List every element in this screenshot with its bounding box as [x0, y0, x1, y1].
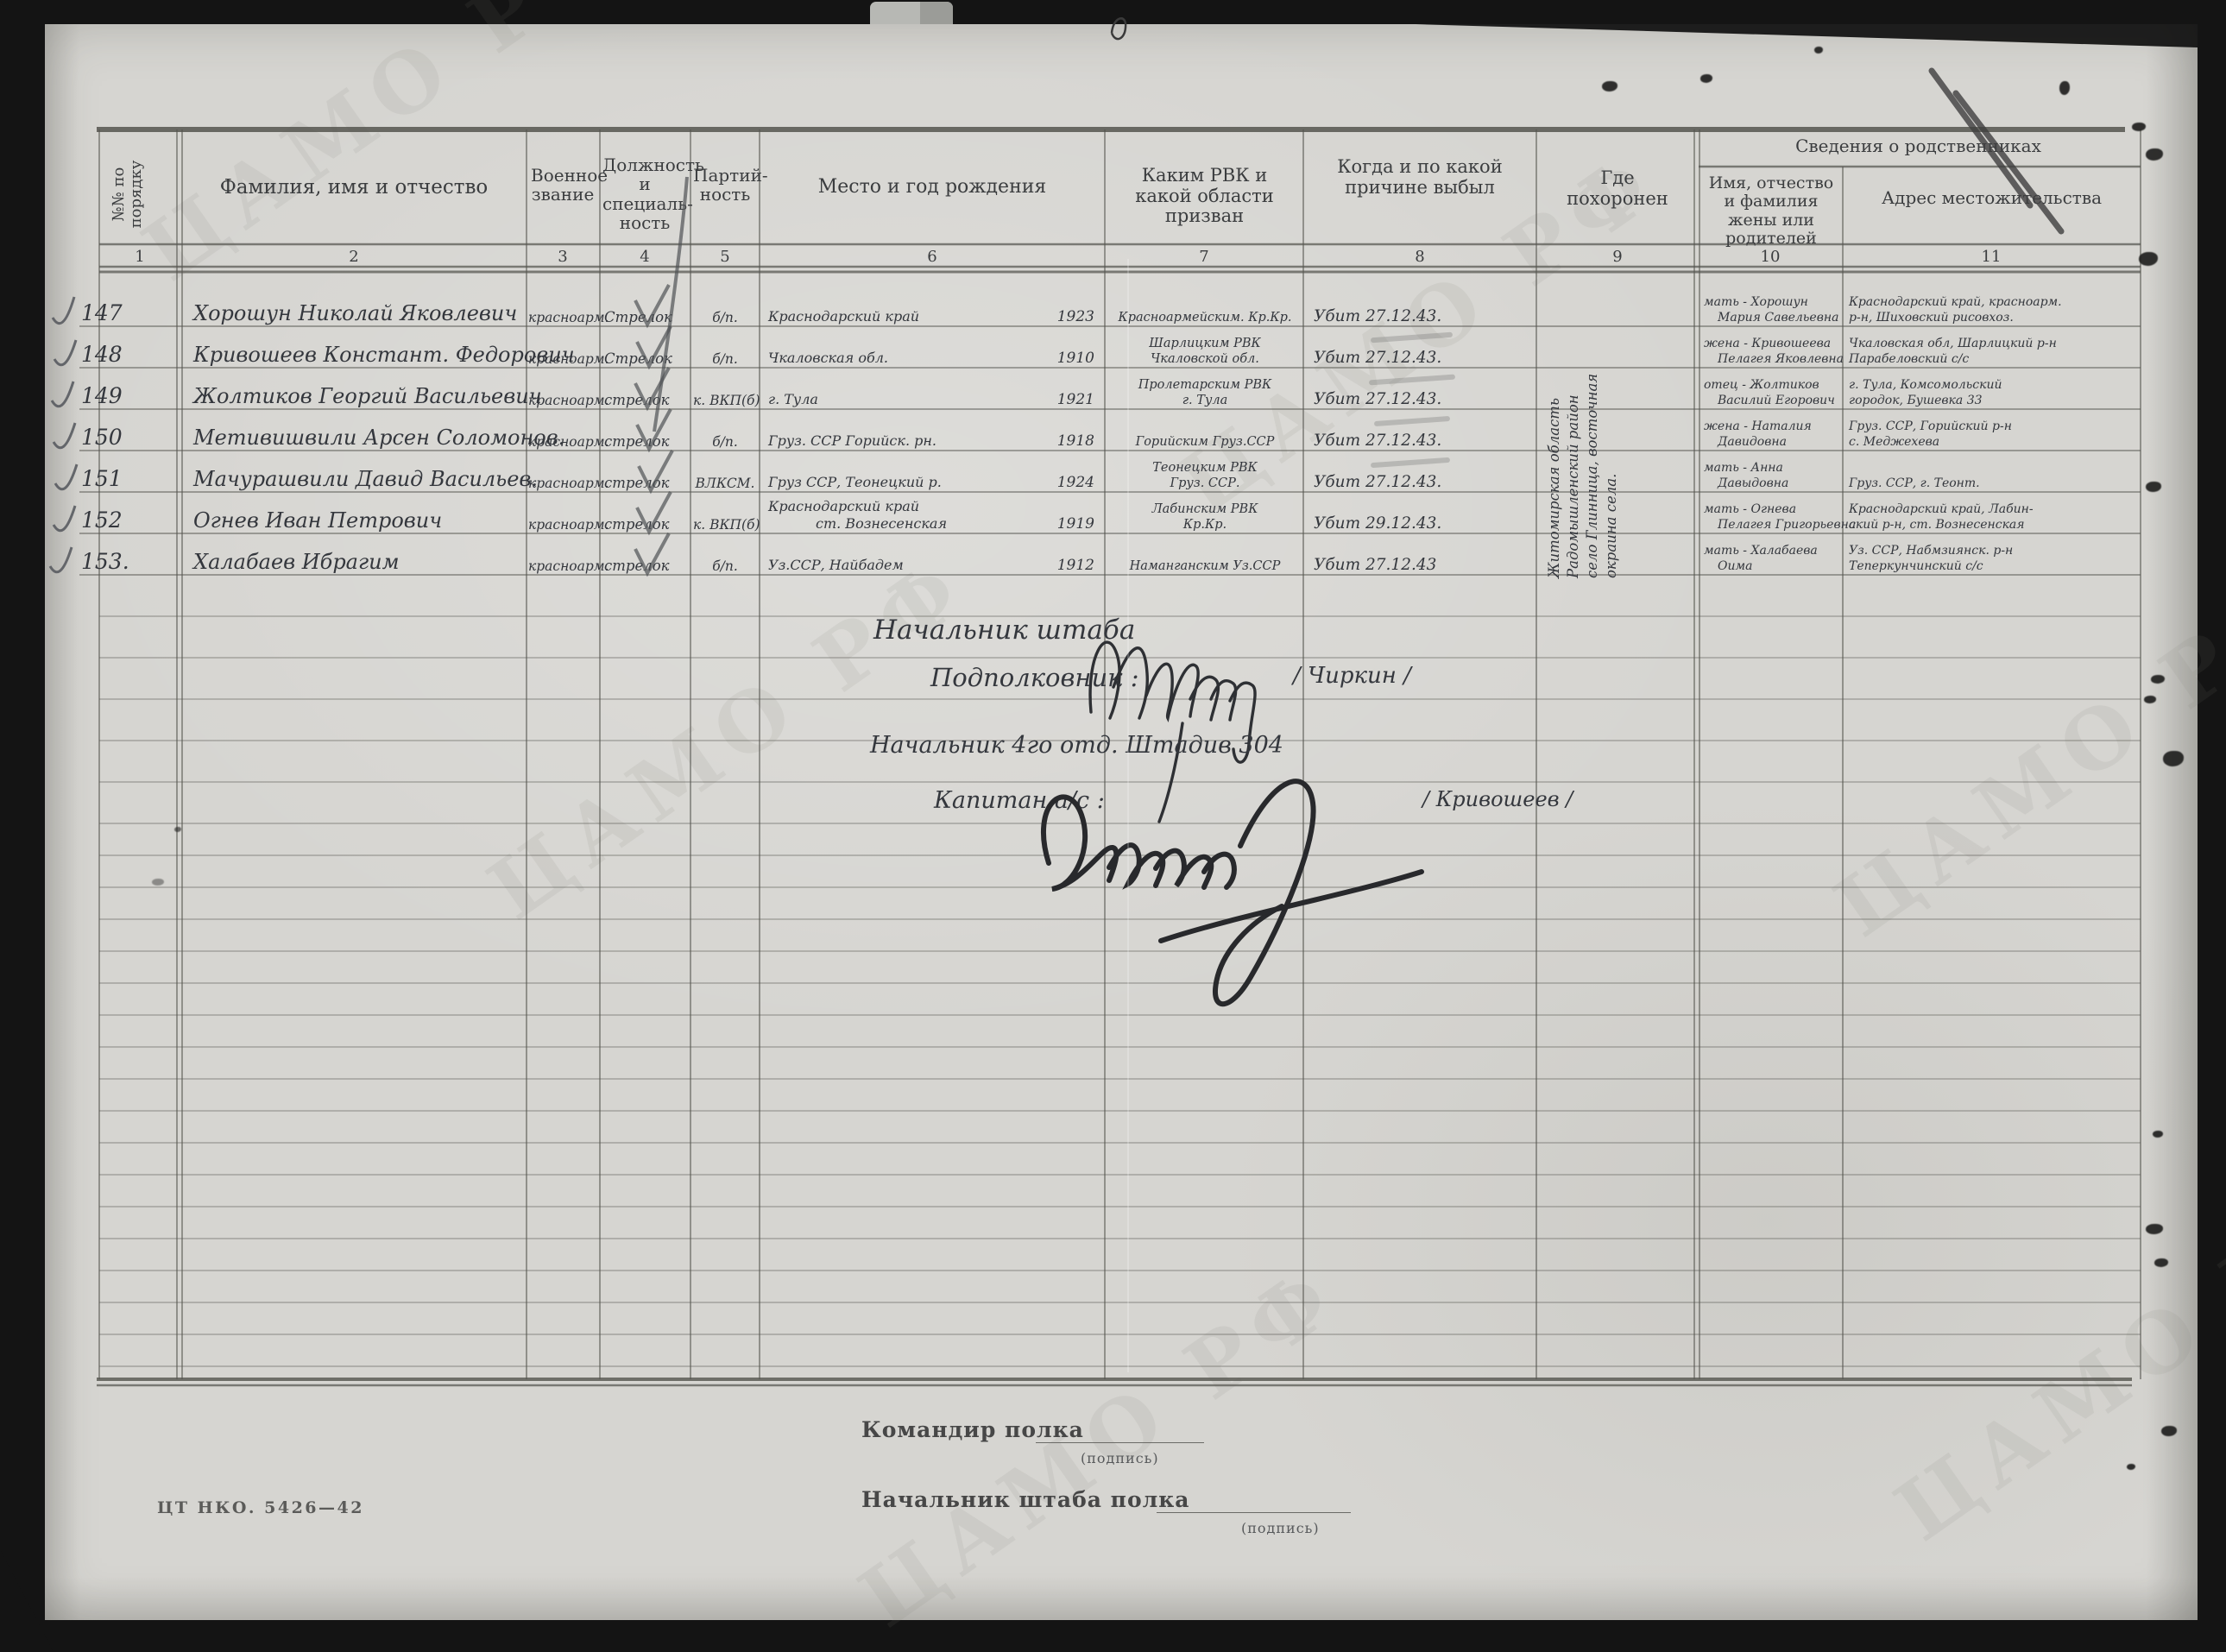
relative-address: Чкаловская обл, Шарлицкий р-нПарабеловск… — [1849, 336, 2137, 367]
party-status: к. ВКП(б) — [693, 517, 757, 533]
casualty-row: 148 Кривошеев Констант. Федорович красно… — [0, 326, 2226, 368]
casualty-date: Убит 27.12.43 — [1314, 556, 1508, 574]
casualty-row: 153. Халабаев Ибрагим красноарм. стрелок… — [0, 533, 2226, 575]
col-num: 7 — [1187, 249, 1221, 266]
col-num: 10 — [1753, 249, 1788, 266]
staff-chief-label: Начальник штаба полка — [861, 1487, 1190, 1512]
military-rank: красноарм. — [528, 517, 597, 533]
relative-name: жена - КривошееваПелагея Яковлевна — [1704, 336, 1840, 367]
military-rank: красноарм. — [528, 310, 597, 325]
duty-position: стрелок — [604, 392, 685, 408]
birth-place: Уз.ССР, Найбадем — [768, 557, 1036, 574]
party-status: ВЛКСМ. — [693, 476, 757, 491]
relatives-group-header: Сведения о родственниках — [1713, 136, 2123, 155]
col-num: 2 — [337, 249, 371, 266]
duty-position: стрелок — [604, 475, 685, 491]
birth-year: 1919 — [1041, 515, 1094, 533]
col-header-number: №№ по порядку — [110, 142, 166, 246]
col-num: 5 — [708, 249, 742, 266]
casualty-date: Убит 29.12.43. — [1314, 514, 1508, 533]
recruitment-office: Красноармейским. Кр.Кр. — [1112, 310, 1298, 325]
col-num: 6 — [915, 249, 949, 266]
casualty-date: Убит 27.12.43. — [1314, 432, 1508, 450]
party-status: к. ВКП(б) — [693, 393, 757, 408]
military-rank: красноарм. — [528, 476, 597, 491]
soldier-name: Хорошун Николай Яковлевич — [193, 301, 537, 325]
soldier-name: Метивишвили Арсен Соломонов. — [193, 426, 537, 450]
signature-line — [1157, 1512, 1351, 1513]
duty-position: стрелок — [604, 433, 685, 450]
duty-position: Стрелок — [604, 309, 685, 325]
party-status: б/п. — [693, 310, 757, 325]
col-num: 4 — [627, 249, 662, 266]
krivosheev-signature-caption: / Кривошеев / — [1422, 787, 1573, 811]
relative-address: Груз. ССР, г. Теонт. — [1849, 476, 2137, 491]
recruitment-office: Шарлицким РВКЧкаловской обл. — [1112, 336, 1298, 367]
casualty-date: Убит 27.12.43. — [1314, 473, 1508, 491]
relative-name: мать - АннаДавыдовна — [1704, 460, 1840, 491]
military-rank: красноарм. — [528, 434, 597, 450]
col-header-position: Должность и специаль- ность — [602, 155, 687, 233]
relative-address: г. Тула, Комсомольскийгородок, Бушевка 3… — [1849, 377, 2137, 408]
col-header-rvk: Каким РВК и какой области призван — [1112, 166, 1297, 227]
burial-location-note: Житомирская область Радомышленский район… — [1545, 281, 1699, 578]
recruitment-office: Пролетарским РВКг. Тула — [1112, 377, 1298, 408]
casualty-row: 149 Жолтиков Георгий Васильевич красноар… — [0, 368, 2226, 409]
scanned-document: ЦАМО РФ ЦАМО РФ ЦАМО РФ ЦАМО РФ ЦАМО РФ … — [0, 0, 2226, 1652]
casualty-date: Убит 27.12.43. — [1314, 349, 1508, 367]
col-num: 11 — [1974, 249, 2008, 266]
duty-position: Стрелок — [604, 350, 685, 367]
soldier-name: Мачурашвили Давид Васильев. — [193, 467, 537, 491]
signature-caption: (подпись) — [1241, 1520, 1320, 1536]
col-header-fate: Когда и по какой причине выбыл — [1334, 157, 1506, 198]
casualty-row: 152 Огнев Иван Петрович красноарм. стрел… — [0, 492, 2226, 533]
relative-name: мать - ОгневаПелагея Григорьевна — [1704, 501, 1840, 533]
birth-place: Чкаловская обл. — [768, 350, 1036, 367]
form-number: ЦТ НКО. 5426—42 — [157, 1498, 364, 1517]
duty-position: стрелок — [604, 558, 685, 574]
birth-place: Груз. ССР Горийск. рн. — [768, 432, 1036, 450]
relative-name: жена - НаталияДавидовна — [1704, 419, 1840, 450]
row-number: 149 — [81, 383, 136, 408]
soldier-name: Огнев Иван Петрович — [193, 508, 537, 533]
col-header-name: Фамилия, имя и отчество — [199, 177, 509, 199]
relative-name: мать - ХалабаеваОима — [1704, 543, 1840, 574]
soldier-name: Кривошеев Констант. Федорович — [193, 343, 537, 367]
casualty-row: 147 Хорошун Николай Яковлевич красноарм.… — [0, 285, 2226, 326]
birth-year: 1912 — [1041, 557, 1094, 574]
col-num: 3 — [545, 249, 580, 266]
recruitment-office: Лабинским РВККр.Кр. — [1112, 501, 1298, 533]
row-number: 148 — [81, 342, 136, 367]
soldier-name: Жолтиков Георгий Васильевич — [193, 384, 537, 408]
military-rank: красноарм. — [528, 351, 597, 367]
soldier-name: Халабаев Ибрагим — [193, 550, 537, 574]
relative-name: мать - ХорошунМария Савельевна — [1704, 294, 1840, 325]
col-num: 1 — [123, 249, 157, 266]
birth-place: Груз ССР, Теонецкий р. — [768, 474, 1036, 491]
row-number: 151 — [81, 466, 136, 491]
chirkin-signature-caption: / Чиркин / — [1293, 663, 1411, 689]
regiment-commander-label: Командир полка — [861, 1417, 1084, 1442]
military-rank: красноарм. — [528, 558, 597, 574]
row-number: 150 — [81, 425, 136, 450]
relative-address: Краснодарский край, красноарм.р-н, Шихов… — [1849, 294, 2137, 325]
signature-caption: (подпись) — [1081, 1450, 1159, 1466]
birth-place: Краснодарский крайст. Вознесенская — [768, 498, 1036, 533]
relative-address: Груз. ССР, Горийский р-нс. Меджехева — [1849, 419, 2137, 450]
relative-name: отец - ЖолтиковВасилий Егорович — [1704, 377, 1840, 408]
military-rank: красноарм. — [528, 393, 597, 408]
signature-line — [1036, 1442, 1204, 1443]
recruitment-office: Наманганским Уз.ССР — [1112, 558, 1298, 574]
casualty-row: 150 Метивишвили Арсен Соломонов. красноа… — [0, 409, 2226, 451]
casualty-row: 151 Мачурашвили Давид Васильев. красноар… — [0, 451, 2226, 492]
col-num: 8 — [1403, 249, 1437, 266]
party-status: б/п. — [693, 351, 757, 367]
col-num: 9 — [1600, 249, 1635, 266]
col-header-burial: Где похоронен — [1554, 168, 1681, 209]
duty-position: стрелок — [604, 516, 685, 533]
birth-year: 1918 — [1041, 432, 1094, 450]
paper-crease — [1127, 259, 1129, 1372]
birth-year: 1921 — [1041, 391, 1094, 408]
row-number: 152 — [81, 508, 136, 533]
birth-place: Краснодарский край — [768, 308, 1036, 325]
birth-year: 1923 — [1041, 308, 1094, 325]
party-status: б/п. — [693, 434, 757, 450]
birth-place: г. Тула — [768, 391, 1036, 408]
birth-year: 1910 — [1041, 350, 1094, 367]
relative-address: Уз. ССР, Набмзиянск. р-нТеперкунчинский … — [1849, 543, 2137, 574]
recruitment-office: Горийским Груз.ССР — [1112, 434, 1298, 450]
col-header-relative: Имя, отчество и фамилия жены или родител… — [1707, 174, 1835, 248]
casualty-date: Убит 27.12.43. — [1314, 390, 1508, 408]
row-number: 153. — [81, 549, 136, 574]
col-header-party: Партий- ность — [693, 166, 757, 205]
recruitment-office: Теонецким РВКГруз. ССР. — [1112, 460, 1298, 491]
col-header-rank: Военное звание — [531, 166, 595, 205]
col-header-address: Адрес местожительства — [1877, 188, 2106, 207]
row-number: 147 — [81, 300, 136, 325]
casualty-date: Убит 27.12.43. — [1314, 307, 1508, 325]
relative-address: Краснодарский край, Лабин-ский р-н, ст. … — [1849, 501, 2137, 533]
birth-year: 1924 — [1041, 474, 1094, 491]
party-status: б/п. — [693, 558, 757, 574]
krivosheev-signature — [1023, 742, 1437, 1036]
col-header-birth: Место и год рождения — [781, 177, 1083, 199]
